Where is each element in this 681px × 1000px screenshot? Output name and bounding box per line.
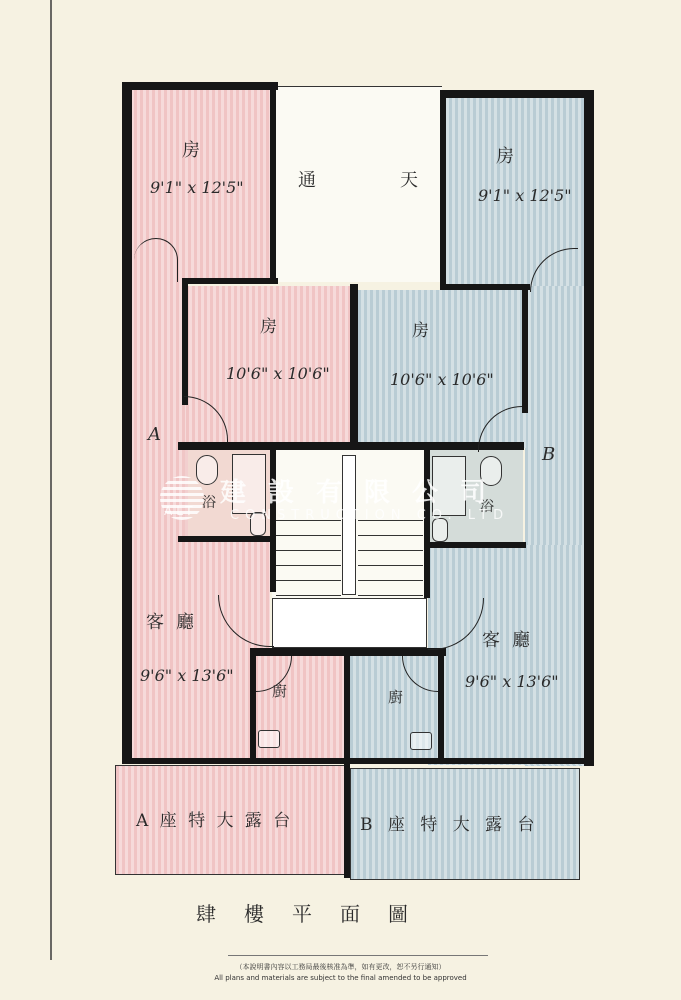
stair-tread	[276, 565, 341, 566]
wall	[344, 650, 350, 878]
unit-b-living-size: 9'6" x 13'6"	[465, 672, 559, 691]
wall	[440, 284, 530, 290]
unit-b-bedroom-top-label: 房	[496, 142, 514, 168]
paper-binding-edge	[50, 0, 52, 960]
lightwell-label-2: 天	[400, 166, 418, 192]
stair-tread	[358, 550, 423, 551]
wall	[428, 542, 526, 548]
wall	[440, 94, 446, 284]
stair-landing	[272, 598, 427, 648]
stove-icon	[410, 732, 432, 750]
unit-b-living-label: 客廳	[482, 626, 542, 652]
wall	[270, 90, 276, 280]
wall	[122, 82, 278, 90]
unit-b-terrace-label: B 座 特 大 露 台	[360, 810, 540, 835]
lightwell-label-1: 通	[298, 166, 316, 192]
wall	[440, 90, 594, 98]
wall	[424, 448, 430, 598]
unit-b-bedroom-top-size: 9'1" x 12'5"	[478, 186, 572, 205]
unit-a-living-label: 客廳	[146, 608, 206, 634]
disclaimer-en: All plans and materials are subject to t…	[0, 974, 681, 982]
wall	[350, 284, 358, 449]
unit-a-bedroom-top-size: 9'1" x 12'5"	[150, 178, 244, 197]
wall	[122, 758, 592, 764]
plan-title: 肆樓平面圖	[196, 898, 436, 927]
unit-b-kitchen-label: 廚	[388, 686, 403, 707]
wall	[182, 278, 278, 284]
unit-a-bedroom-mid-size: 10'6" x 10'6"	[226, 364, 330, 383]
unit-a-bedroom-mid-label: 房	[260, 312, 277, 337]
wall	[178, 536, 274, 542]
floor-plan: 通 天 房 9'1" x 12'5" 房 10'6" x 10'6" A 浴 客…	[110, 80, 600, 890]
unit-a-bath-label: 浴	[202, 492, 216, 512]
unit-a-living-size: 9'6" x 13'6"	[140, 666, 234, 685]
unit-b-bedroom-mid-label: 房	[412, 316, 429, 341]
stair-tread	[276, 535, 341, 536]
toilet-icon	[196, 455, 218, 485]
wall	[522, 288, 528, 413]
wall	[122, 82, 132, 762]
unit-b-living	[428, 545, 588, 765]
watermark-logo-text: ALT	[164, 504, 197, 518]
wall	[182, 280, 188, 405]
unit-b-label: B	[542, 444, 555, 465]
divider	[228, 955, 488, 956]
disclaimer-zh: （本說明書內容以工務局最後核准為準，如有更改，恕不另行通知）	[0, 962, 681, 972]
unit-a-bedroom-top-label: 房	[182, 136, 200, 162]
stair-tread	[276, 550, 341, 551]
stair-tread	[358, 595, 423, 596]
unit-a-kitchen-label: 廚	[272, 680, 287, 701]
stair-tread	[358, 580, 423, 581]
door-swing	[134, 238, 178, 282]
stair-tread	[358, 535, 423, 536]
unit-a-terrace-label: A 座 特 大 露 台	[136, 806, 293, 831]
stair-tread	[358, 565, 423, 566]
unit-a-label: A	[148, 424, 161, 445]
stove-icon	[258, 730, 280, 748]
wall	[178, 442, 524, 450]
unit-a-living	[128, 540, 270, 760]
watermark-sub: CONSTRUCTION CO. LTD	[230, 508, 509, 523]
stair-tread	[276, 580, 341, 581]
stair-tread	[276, 595, 341, 596]
unit-b-bedroom-mid-size: 10'6" x 10'6"	[390, 370, 494, 389]
wall	[584, 90, 594, 766]
watermark-company: 建設有限公司	[220, 472, 508, 509]
wall	[438, 650, 444, 762]
